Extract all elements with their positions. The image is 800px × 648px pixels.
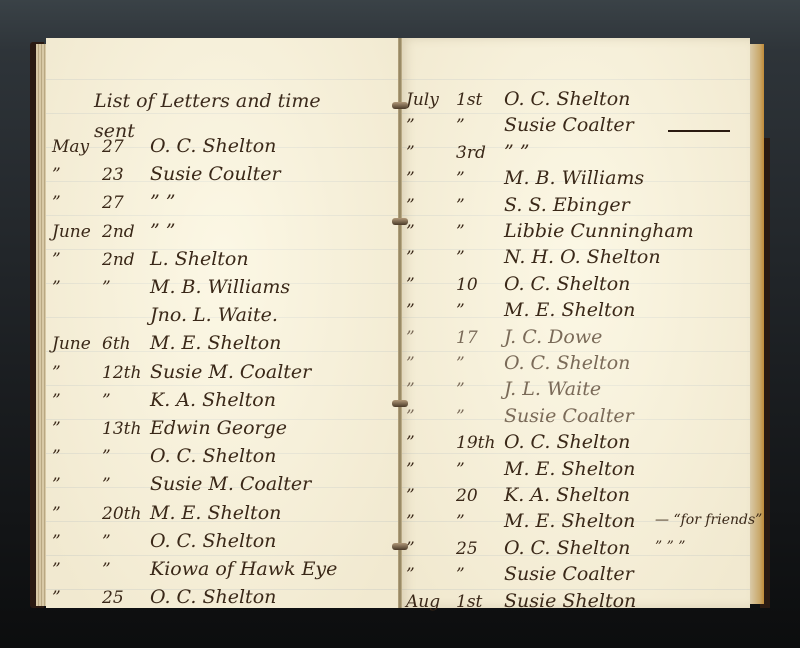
binding-ring	[392, 400, 408, 407]
entry-month: ”	[406, 407, 415, 427]
entry-month: ”	[52, 278, 61, 298]
entry-month: ”	[406, 169, 415, 189]
entry-name: Susie Coalter	[504, 405, 634, 427]
ledger-entry: Aug1stSusie Shelton	[400, 588, 750, 618]
ink-dash	[668, 130, 730, 132]
entry-month: June	[52, 222, 91, 242]
entry-month: ”	[406, 565, 415, 585]
entry-day: ”	[456, 196, 465, 216]
entry-month: ”	[52, 447, 61, 467]
entry-month: ”	[406, 248, 415, 268]
entry-month: ”	[406, 275, 415, 295]
entry-day: ”	[456, 116, 465, 136]
entry-day: 27	[102, 137, 124, 157]
open-notebook: List of Letters and time sent May27O. C.…	[30, 38, 770, 620]
ledger-entry: May27O. C. Shelton	[46, 133, 400, 163]
entry-name: Susie Coalter	[504, 563, 634, 585]
entry-day: 13th	[102, 419, 141, 439]
entry-name: Susie Coulter	[150, 163, 281, 185]
entry-name: M. E. Shelton	[504, 458, 635, 480]
entry-day: ”	[456, 512, 465, 532]
binding-ring	[392, 218, 408, 225]
entry-month: Aug	[406, 592, 440, 612]
right-page: July1stO. C. Shelton””Susie Coalter”3rd”…	[400, 38, 750, 608]
entry-month: May	[52, 137, 89, 157]
entry-name: M. B. Williams	[150, 276, 290, 298]
ledger-entry: June2nd” ”	[46, 218, 400, 248]
entry-day: ”	[456, 222, 465, 242]
entry-day: ”	[456, 460, 465, 480]
entry-month: ”	[406, 222, 415, 242]
entry-name: K. A. Shelton	[504, 484, 630, 506]
entry-month: ”	[406, 512, 415, 532]
entry-name: L. Shelton	[150, 248, 249, 270]
entry-name: O. C. Shelton	[504, 537, 630, 559]
book-gutter	[398, 38, 402, 608]
entry-name: O. C. Shelton	[150, 445, 276, 467]
entry-month: ”	[406, 196, 415, 216]
entry-name: ” ”	[150, 191, 175, 213]
entry-month: ”	[406, 143, 415, 163]
entry-day: 25	[102, 588, 124, 608]
entry-name: J. C. Dowe	[504, 326, 602, 348]
entry-name: S. S. Ebinger	[504, 194, 630, 216]
title-line-1: List of Letters and time	[94, 86, 394, 116]
entry-month: ”	[52, 165, 61, 185]
entry-name: ” ”	[150, 220, 175, 242]
entry-day: 6th	[102, 334, 131, 354]
entry-month: ”	[406, 460, 415, 480]
entry-name: M. B. Williams	[504, 167, 644, 189]
entry-day: ”	[456, 354, 465, 374]
ledger-entry: ””Kiowa of Hawk Eye	[46, 556, 400, 586]
entry-month: June	[52, 334, 91, 354]
entry-day: 20th	[102, 504, 141, 524]
ledger-entry: ”25O. C. Shelton	[46, 584, 400, 614]
entry-name: N. H. O. Shelton	[504, 246, 661, 268]
entry-name: M. E. Shelton	[504, 510, 635, 532]
ledger-entry: ”13thEdwin George	[46, 415, 400, 445]
entry-day: ”	[102, 391, 111, 411]
entry-name: M. E. Shelton	[150, 502, 281, 524]
entry-month: ”	[52, 560, 61, 580]
entry-month: ”	[52, 250, 61, 270]
entry-day: 20	[456, 486, 478, 506]
entry-name: Susie Coalter	[504, 114, 634, 136]
entry-day: 10	[456, 275, 478, 295]
entry-name: O. C. Shelton	[504, 273, 630, 295]
entry-month: ”	[406, 486, 415, 506]
entry-month: ”	[406, 301, 415, 321]
entry-name: O. C. Shelton	[504, 352, 630, 374]
entry-day: 23	[102, 165, 124, 185]
ledger-entry: ””K. A. Shelton	[46, 387, 400, 417]
ledger-entry: June6thM. E. Shelton	[46, 330, 400, 360]
entry-note: — “for friends”	[655, 512, 762, 528]
entry-day: ”	[102, 560, 111, 580]
entry-month: ”	[406, 116, 415, 136]
entry-name: O. C. Shelton	[504, 431, 630, 453]
entry-month: ”	[406, 433, 415, 453]
entry-name: Susie M. Coalter	[150, 473, 311, 495]
entry-day: ”	[456, 248, 465, 268]
entry-month: ”	[52, 504, 61, 524]
entry-name: O. C. Shelton	[504, 88, 630, 110]
entry-name: Libbie Cunningham	[504, 220, 694, 242]
ledger-entry: ”27” ”	[46, 189, 400, 219]
entry-month: ”	[52, 475, 61, 495]
entry-month: ”	[406, 380, 415, 400]
entry-month: ”	[52, 419, 61, 439]
entry-name: Kiowa of Hawk Eye	[150, 558, 337, 580]
entry-day: 25	[456, 539, 478, 559]
ledger-entry: ”20thM. E. Shelton	[46, 500, 400, 530]
entry-month: ”	[52, 193, 61, 213]
entry-note: ” ” ”	[655, 539, 685, 555]
entry-day: ”	[102, 475, 111, 495]
binding-ring	[392, 102, 408, 109]
entry-name: ” ”	[504, 141, 529, 163]
entry-name: M. E. Shelton	[150, 332, 281, 354]
entry-month: ”	[406, 354, 415, 374]
entry-day: ”	[102, 278, 111, 298]
entry-day: ”	[456, 565, 465, 585]
entry-name: Susie M. Coalter	[150, 361, 311, 383]
entry-day: ”	[456, 407, 465, 427]
entry-day: 12th	[102, 363, 141, 383]
entry-month: ”	[406, 328, 415, 348]
entry-day: ”	[456, 380, 465, 400]
entry-month: July	[406, 90, 439, 110]
entry-month: ”	[52, 588, 61, 608]
entry-day: 17	[456, 328, 478, 348]
entry-name: Susie Shelton	[504, 590, 636, 612]
entry-day: ”	[456, 301, 465, 321]
ledger-entry: ”2ndL. Shelton	[46, 246, 400, 276]
entry-name: Edwin George	[150, 417, 287, 439]
entry-day: ”	[102, 447, 111, 467]
ledger-entry: ”12thSusie M. Coalter	[46, 359, 400, 389]
left-page: List of Letters and time sent May27O. C.…	[46, 38, 401, 608]
entry-day: 2nd	[102, 222, 135, 242]
entry-month: ”	[52, 532, 61, 552]
ledger-entry: ”23Susie Coulter	[46, 161, 400, 191]
entry-day: 2nd	[102, 250, 135, 270]
ledger-entry: ””O. C. Shelton	[46, 528, 400, 558]
entry-name: M. E. Shelton	[504, 299, 635, 321]
entry-month: ”	[52, 363, 61, 383]
entry-name: O. C. Shelton	[150, 530, 276, 552]
entry-day: 27	[102, 193, 124, 213]
entry-name: Jno. L. Waite.	[150, 304, 278, 326]
ledger-entry: ””M. B. Williams	[46, 274, 400, 304]
entry-day: 1st	[456, 90, 482, 110]
entry-name: K. A. Shelton	[150, 389, 276, 411]
entry-day: ”	[102, 532, 111, 552]
entry-day: 3rd	[456, 143, 486, 163]
ledger-entry: ””Susie M. Coalter	[46, 471, 400, 501]
ledger-entry: Jno. L. Waite.	[46, 302, 400, 332]
entry-month: ”	[52, 391, 61, 411]
ledger-entry: ””O. C. Shelton	[46, 443, 400, 473]
entry-day: 19th	[456, 433, 495, 453]
entry-day: ”	[456, 169, 465, 189]
binding-ring	[392, 543, 408, 550]
entry-day: 1st	[456, 592, 482, 612]
entry-name: O. C. Shelton	[150, 586, 276, 608]
entry-name: O. C. Shelton	[150, 135, 276, 157]
entry-name: J. L. Waite	[504, 378, 601, 400]
